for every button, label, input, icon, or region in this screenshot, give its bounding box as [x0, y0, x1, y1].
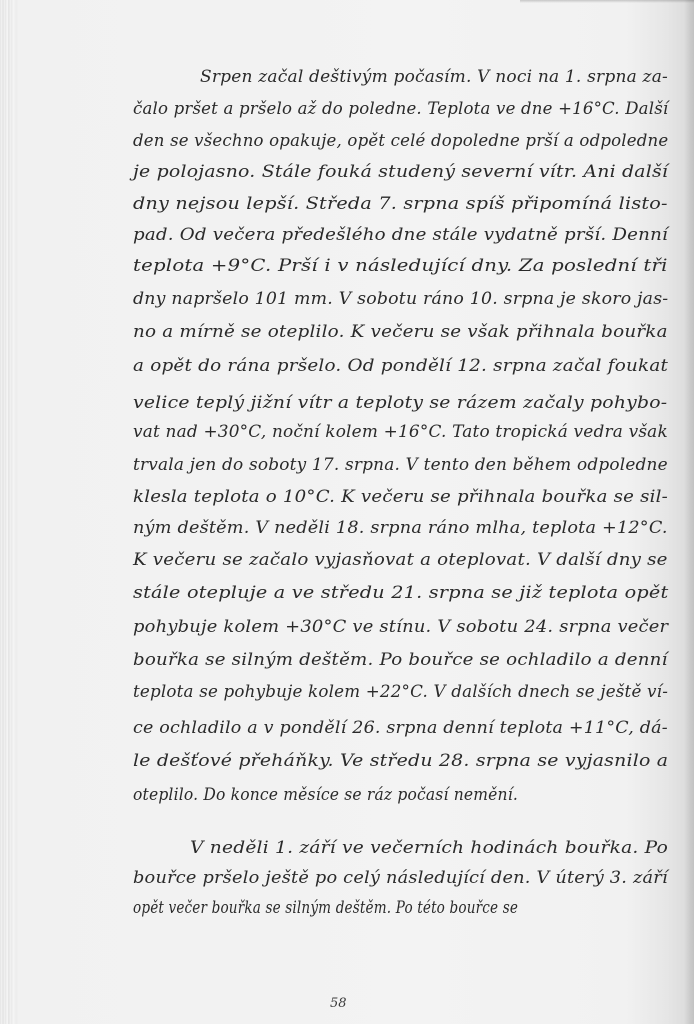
text-line: dny nejsou lepší. Středa 7. srpna spíš p… — [133, 194, 668, 214]
text-line: a opět do rána pršelo. Od pondělí 12. sr… — [133, 356, 668, 376]
text-line: ce ochladilo a v pondělí 26. srpna denní… — [133, 718, 668, 738]
text-line: opět večer bouřka se silným deštěm. Po t… — [133, 898, 518, 918]
text-line: oteplilo. Do konce měsíce se ráz počasí … — [133, 785, 518, 805]
text-line: pad. Od večera předešlého dne stále vyda… — [133, 225, 668, 245]
text-line: ným deštěm. V neděli 18. srpna ráno mlha… — [133, 518, 668, 538]
text-line: je polojasno. Stále fouká studený severn… — [133, 162, 668, 182]
text-line: V neděli 1. září ve večerních hodinách b… — [190, 838, 668, 858]
text-line: teplota +9°C. Prší i v následující dny. … — [133, 256, 668, 276]
text-line: čalo pršet a pršelo až do poledne. Teplo… — [133, 99, 668, 119]
text-line: no a mírně se oteplilo. K večeru se však… — [133, 322, 668, 342]
text-line: dny napršelo 101 mm. V sobotu ráno 10. s… — [133, 289, 668, 309]
text-line: klesla teplota o 10°C. K večeru se přihn… — [133, 487, 668, 507]
text-line: pohybuje kolem +30°C ve stínu. V sobotu … — [133, 617, 668, 637]
text-line: velice teplý jižní vítr a teploty se ráz… — [133, 393, 667, 413]
text-line: stále otepluje a ve středu 21. srpna se … — [133, 583, 668, 603]
handwritten-text: Srpen začal deštivým počasím. V noci na … — [0, 0, 694, 1024]
text-line: K večeru se začalo vyjasňovat a oteplova… — [133, 550, 668, 570]
text-line: bouřce pršelo ještě po celý následující … — [133, 868, 668, 888]
page-number: 58 — [330, 996, 347, 1011]
text-line: le dešťové přeháňky. Ve středu 28. srpna… — [133, 751, 668, 771]
text-line: teplota se pohybuje kolem +22°C. V další… — [133, 682, 668, 702]
text-line: vat nad +30°C, noční kolem +16°C. Tato t… — [133, 422, 668, 442]
text-line: Srpen začal deštivým počasím. V noci na … — [200, 67, 668, 87]
text-line: bouřka se silným deštěm. Po bouřce se oc… — [133, 650, 668, 670]
text-line: den se všechno opakuje, opět celé dopole… — [133, 131, 668, 151]
text-line: trvala jen do soboty 17. srpna. V tento … — [133, 455, 668, 475]
